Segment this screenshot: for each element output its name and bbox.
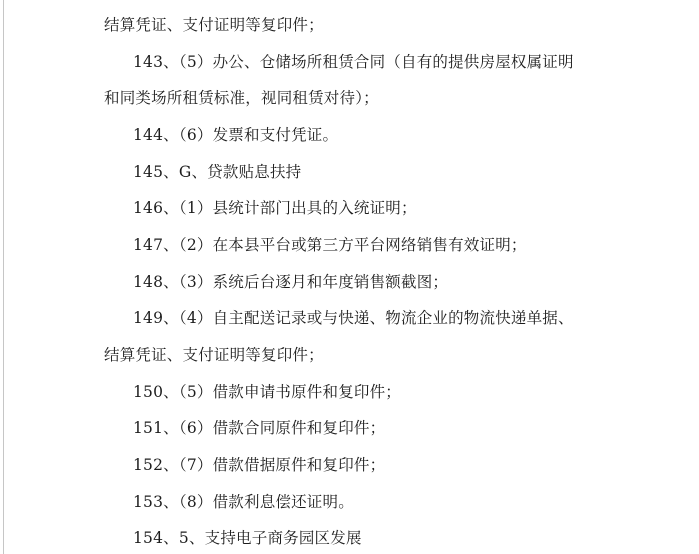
document-viewport: 结算凭证、支付证明等复印件； 143、（5）办公、仓储场所租赁合同（自有的提供房… xyxy=(0,0,699,554)
document-line: 147、（2）在本县平台或第三方平台网络销售有效证明； xyxy=(104,227,681,264)
document-line: 145、G、贷款贴息扶持 xyxy=(104,154,681,191)
document-line: 143、（5）办公、仓储场所租赁合同（自有的提供房屋权属证明 xyxy=(104,44,681,81)
document-line: 结算凭证、支付证明等复印件； xyxy=(104,7,681,44)
document-line: 144、（6）发票和支付凭证。 xyxy=(104,117,681,154)
document-page[interactable]: 结算凭证、支付证明等复印件； 143、（5）办公、仓储场所租赁合同（自有的提供房… xyxy=(0,0,699,554)
document-line: 结算凭证、支付证明等复印件； xyxy=(104,337,681,374)
document-line: 153、（8）借款利息偿还证明。 xyxy=(104,484,681,521)
document-line: 151、（6）借款合同原件和复印件； xyxy=(104,410,681,447)
document-line: 152、（7）借款借据原件和复印件； xyxy=(104,447,681,484)
document-line: 和同类场所租赁标准，视同租赁对待）； xyxy=(104,80,681,117)
document-line: 146、（1）县统计部门出具的入统证明； xyxy=(104,190,681,227)
document-line: 148、（3）系统后台逐月和年度销售额截图； xyxy=(104,264,681,301)
document-line: 150、（5）借款申请书原件和复印件； xyxy=(104,374,681,411)
document-line: 149、（4）自主配送记录或与快递、物流企业的物流快递单据、 xyxy=(104,300,681,337)
document-line: 154、5、支持电子商务园区发展 xyxy=(104,520,681,554)
